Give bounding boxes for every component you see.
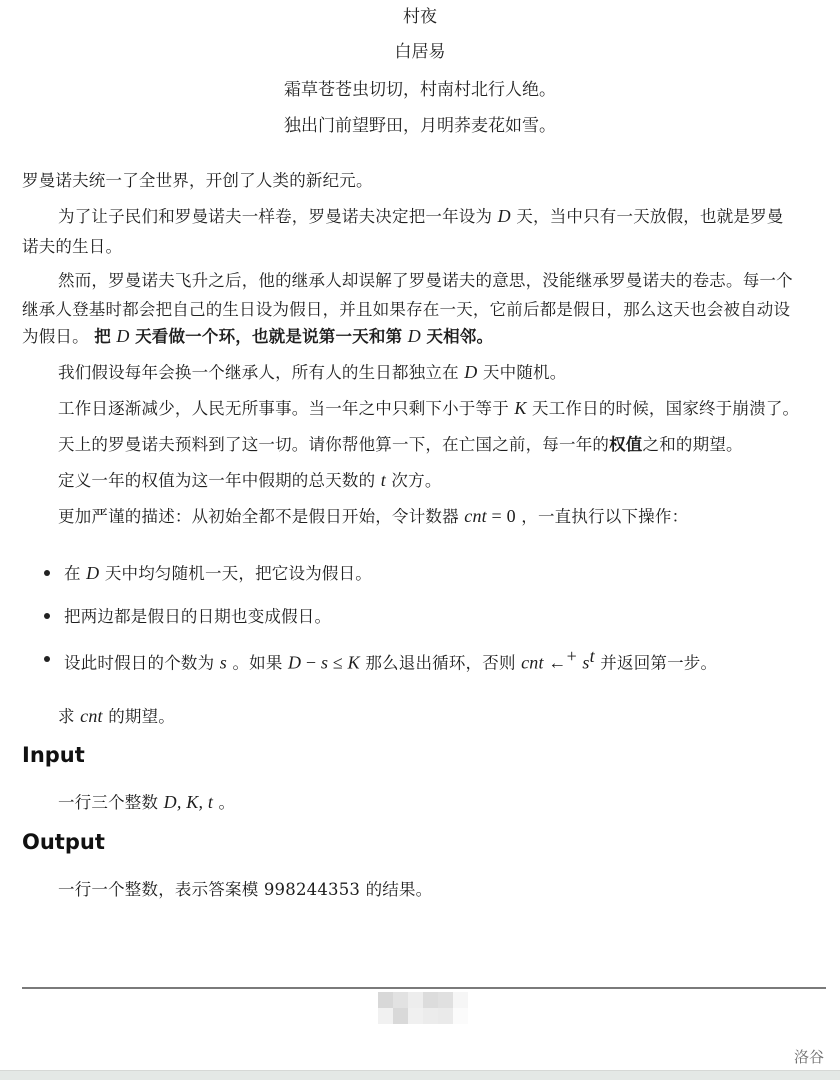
math-var-cnt: cnt [464, 506, 487, 526]
paragraph-3-line-3: 为假日。 把 D 天看做一个环，也就是说第一天和第 D 天相邻。 [22, 323, 493, 347]
step-3: 设此时假日的个数为 s 。如果 D − s ≤ K 那么退出循环，否则 cnt … [64, 646, 717, 674]
math-var-t: t [381, 470, 386, 490]
footer-divider [22, 987, 826, 989]
paragraph-4: 我们假设每年会换一个继承人，所有人的生日都独立在 D 天中随机。 [58, 359, 566, 383]
math-var-K: K [514, 398, 526, 418]
poem-line-2: 独出门前望野田，月明荞麦花如雪。 [0, 111, 840, 136]
math-var-D: D [408, 326, 421, 346]
math-var-cnt: cnt [80, 706, 103, 726]
paragraph-7: 定义一年的权值为这一年中假期的总天数的 t 次方。 [58, 467, 442, 491]
math-var-D: D [116, 326, 129, 346]
paragraph-6: 天上的罗曼诺夫预料到了这一切。请你帮他算一下，在亡国之前，每一年的权值之和的期望… [58, 431, 743, 455]
paragraph-5: 工作日逐渐减少，人民无所事事。当一年之中只剩下小于等于 K 天工作日的时候，国家… [58, 395, 799, 419]
paragraph-8: 更加严谨的描述：从初始全都不是假日开始，令计数器 cnt = 0 ，一直执行以下… [58, 503, 688, 527]
bullet-icon [44, 656, 50, 662]
poem-title: 村夜 [0, 2, 840, 27]
poem-author: 白居易 [0, 37, 840, 62]
blurred-watermark [378, 992, 468, 1024]
problem-page: 村夜 白居易 霜草苍苍虫切切，村南村北行人绝。 独出门前望野田，月明荞麦花如雪。… [0, 0, 840, 1070]
step-2: 把两边都是假日的日期也变成假日。 [64, 603, 331, 627]
paragraph-3-line-1: 然而，罗曼诺夫飞升之后，他的继承人却误解了罗曼诺夫的意思，没能继承罗曼诺夫的卷志… [58, 267, 793, 291]
bullet-icon [44, 570, 50, 576]
viewer-bottom-bar [0, 1070, 840, 1080]
math-var-D: D [464, 362, 477, 382]
poem-line-1: 霜草苍苍虫切切，村南村北行人绝。 [0, 75, 840, 100]
step-1: 在 D 天中均匀随机一天，把它设为假日。 [64, 560, 372, 584]
paragraph-3-line-2: 继承人登基时都会把自己的生日设为假日，并且如果存在一天，它前后都是假日，那么这天… [22, 296, 790, 320]
luogu-brand: 洛谷 [794, 1046, 824, 1067]
input-description: 一行三个整数 D, K, t 。 [58, 789, 235, 813]
math-var-D: D [86, 563, 99, 583]
question: 求 cnt 的期望。 [58, 703, 175, 727]
paragraph-1: 罗曼诺夫统一了全世界，开创了人类的新纪元。 [22, 167, 373, 191]
math-var-D: D [498, 206, 511, 226]
output-description: 一行一个整数，表示答案模 998244353 的结果。 [58, 876, 432, 900]
output-heading: Output [22, 830, 105, 854]
input-heading: Input [22, 743, 85, 767]
bullet-icon [44, 613, 50, 619]
paragraph-2-line-2: 诺夫的生日。 [22, 233, 122, 257]
paragraph-2-line-1: 为了让子民们和罗曼诺夫一样卷，罗曼诺夫决定把一年设为 D 天，当中只有一天放假，… [58, 203, 784, 227]
